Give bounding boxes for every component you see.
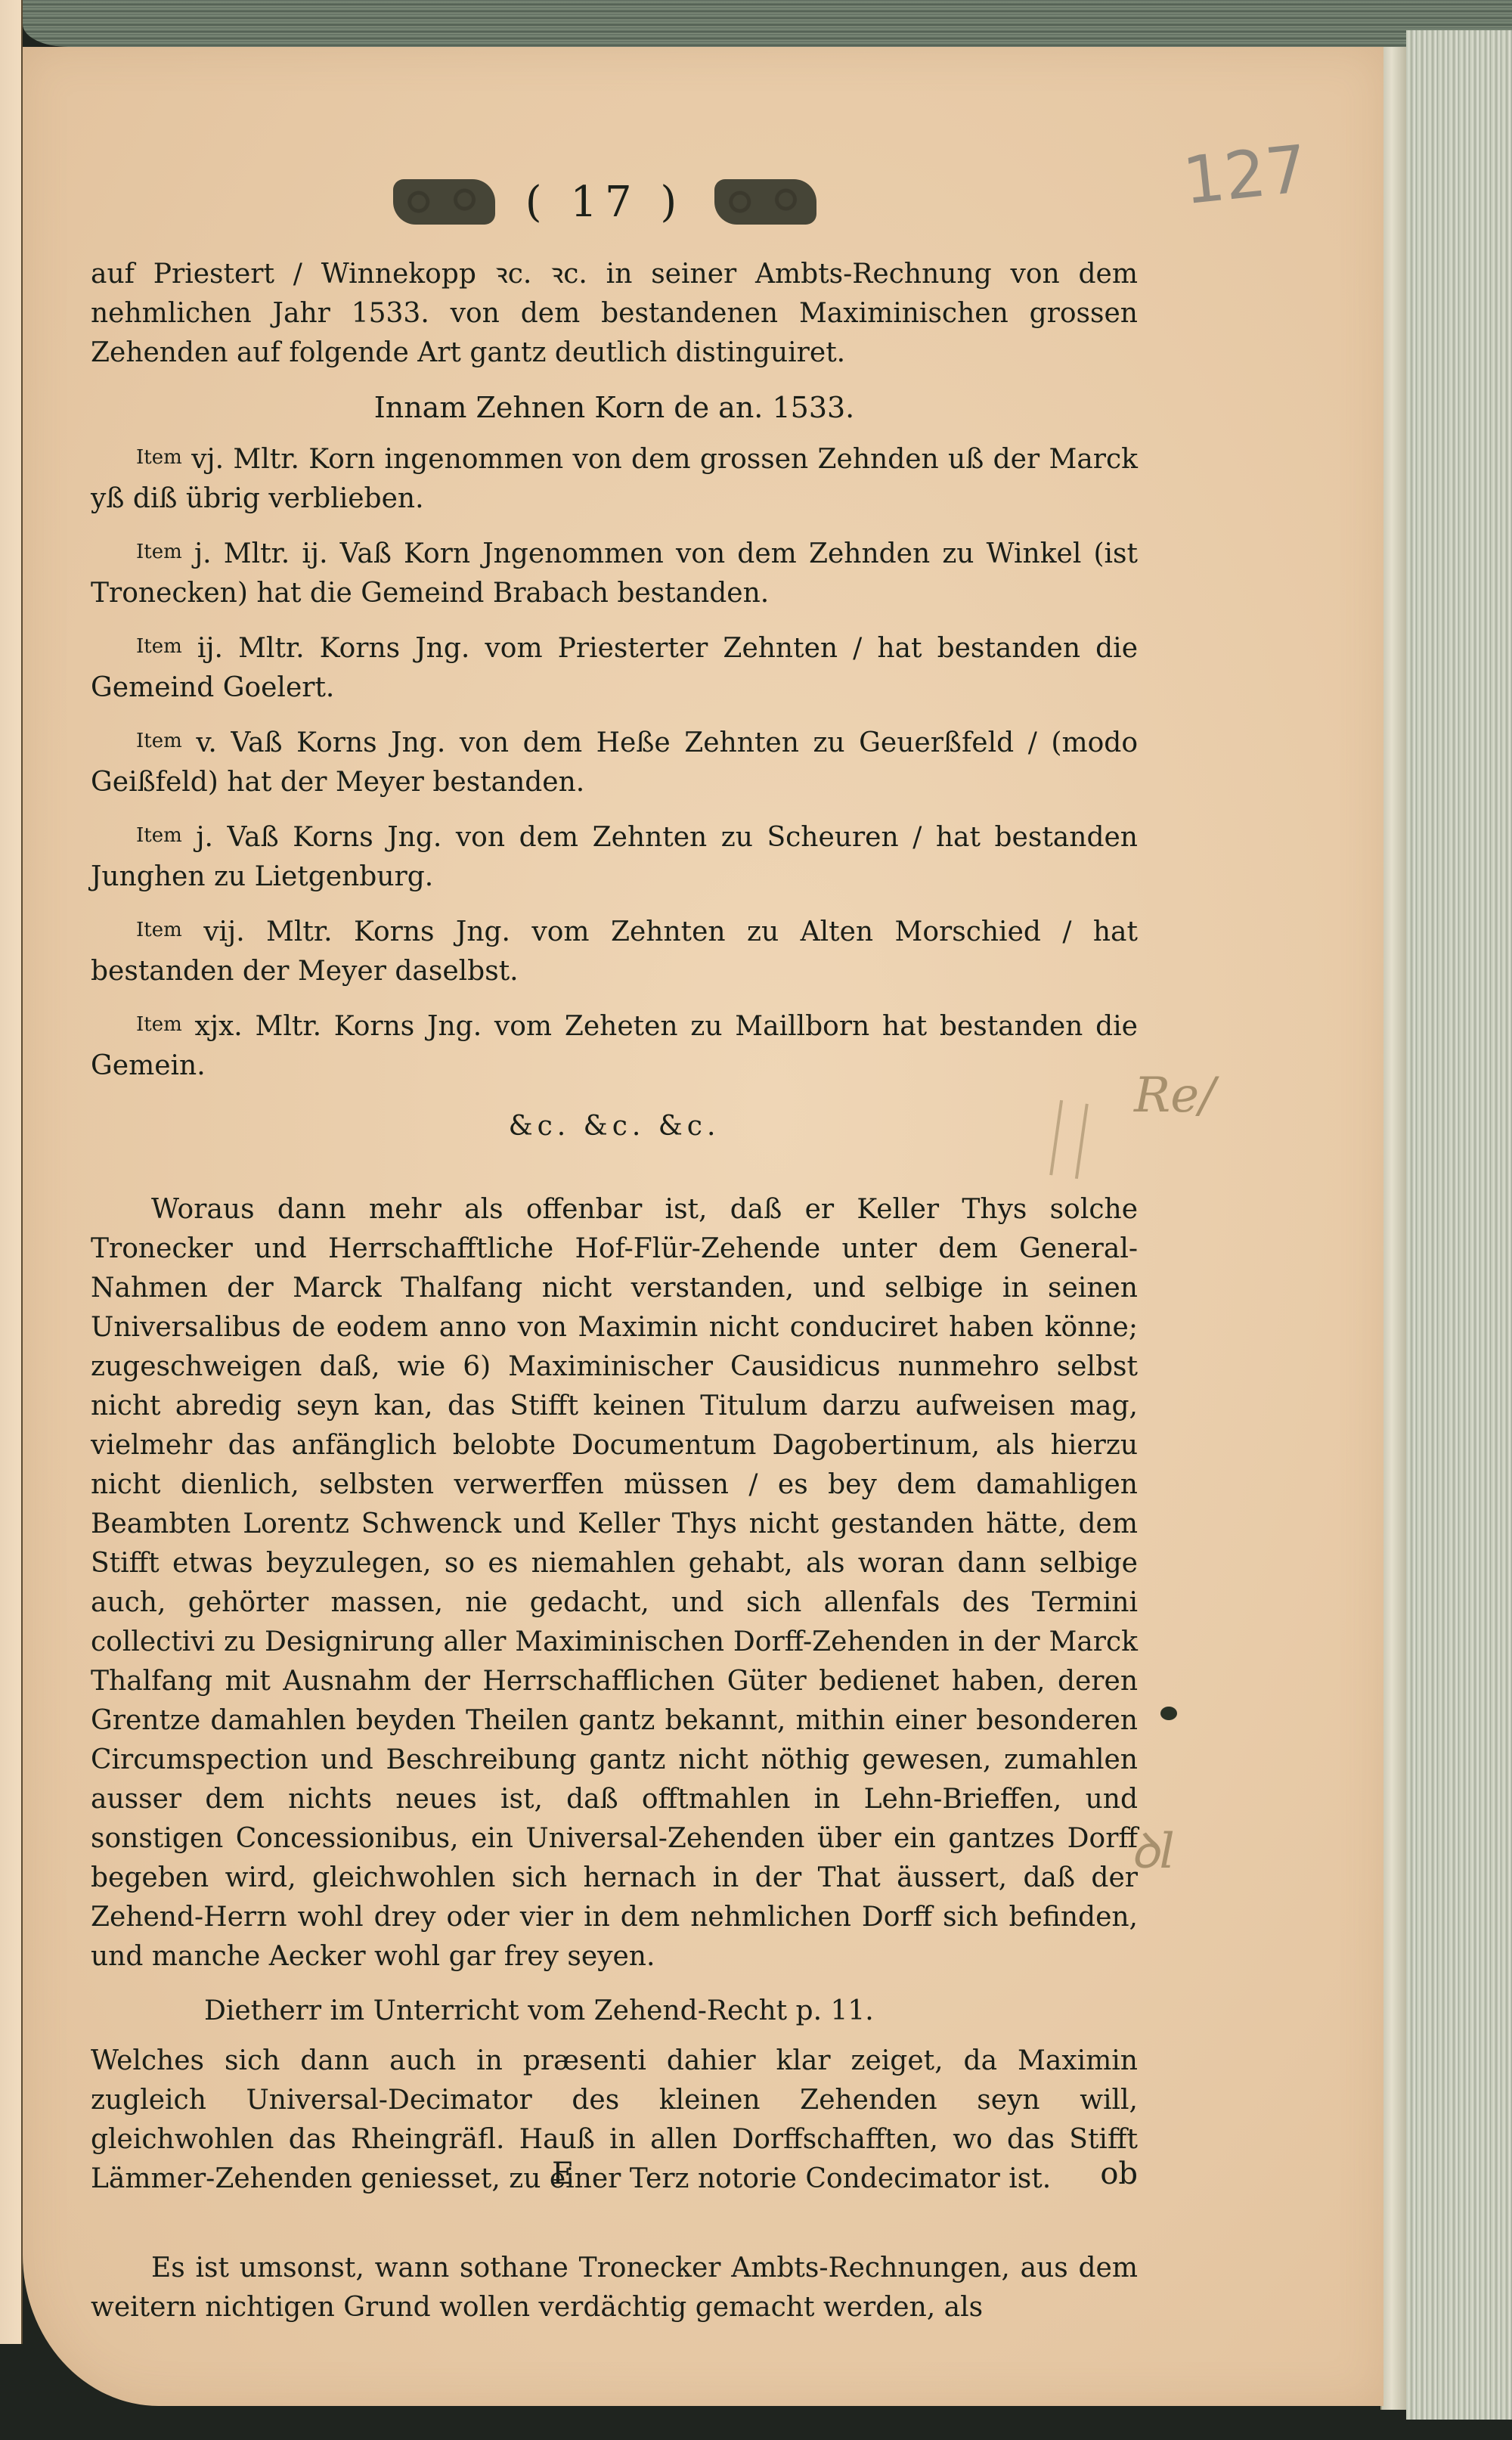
facing-page-edge xyxy=(0,0,23,2344)
body-paragraph-1: Woraus dann mehr als offenbar ist, daß e… xyxy=(91,1190,1138,1976)
book-top-edge xyxy=(23,0,1512,47)
item-text: ij. Mltr. Korns Jng. vom Priesterter Zeh… xyxy=(91,633,1138,703)
page-fore-edge xyxy=(1380,47,1406,2410)
etcetera-line: &c. &c. &c. xyxy=(91,1107,1138,1146)
ink-blot xyxy=(1160,1707,1177,1720)
item-label: Item xyxy=(136,1013,182,1036)
list-item: Item j. Mltr. ij. Vaß Korn Jngenommen vo… xyxy=(91,532,1138,613)
item-label: Item xyxy=(136,730,182,752)
item-text: vij. Mltr. Korns Jng. vom Zehnten zu Alt… xyxy=(91,916,1138,987)
item-label: Item xyxy=(136,446,182,469)
intro-paragraph: auf Priestert / Winnekopp ꝛc. ꝛc. in sei… xyxy=(91,255,1138,373)
page-header: ( 17 ) xyxy=(393,160,816,243)
section-heading: Innam Zehnen Korn de an. 1533. xyxy=(91,388,1138,427)
book-fore-edge xyxy=(1406,30,1512,2420)
ink-margin-note-lower: ꝺl xyxy=(1130,1816,1175,1882)
book-page: ( 17 ) 127 auf Priestert / Winnekopp ꝛc.… xyxy=(23,47,1383,2406)
list-item: Item v. Vaß Korns Jng. von dem Heße Zehn… xyxy=(91,721,1138,802)
item-label: Item xyxy=(136,541,182,563)
list-item: Item j. Vaß Korns Jng. von dem Zehnten z… xyxy=(91,816,1138,897)
catchword: ob xyxy=(1100,2156,1138,2191)
item-label: Item xyxy=(136,635,182,658)
item-label: Item xyxy=(136,824,182,847)
right-ornament-icon xyxy=(714,179,816,225)
item-text: xjx. Mltr. Korns Jng. vom Zeheten zu Mai… xyxy=(91,1011,1138,1081)
left-ornament-icon xyxy=(393,179,495,225)
page-number: ( 17 ) xyxy=(525,178,685,227)
page-footer: E ob xyxy=(91,2156,1138,2202)
paragraph-gap xyxy=(91,2214,1138,2249)
item-text: j. Mltr. ij. Vaß Korn Jngenommen von dem… xyxy=(91,538,1138,609)
item-text: j. Vaß Korns Jng. von dem Zehnten zu Sch… xyxy=(91,822,1138,892)
signature-mark: E xyxy=(552,2156,574,2191)
text-block: auf Priestert / Winnekopp ꝛc. ꝛc. in sei… xyxy=(91,255,1138,2342)
item-label: Item xyxy=(136,919,182,941)
item-text: vj. Mltr. Korn ingenommen von dem grosse… xyxy=(91,444,1138,514)
list-item: Item ij. Mltr. Korns Jng. vom Priesterte… xyxy=(91,627,1138,708)
list-item: Item vj. Mltr. Korn ingenommen von dem g… xyxy=(91,438,1138,519)
pencil-folio-number: 127 xyxy=(1179,132,1311,220)
item-text: v. Vaß Korns Jng. von dem Heße Zehnten z… xyxy=(91,727,1138,798)
list-item: Item vij. Mltr. Korns Jng. vom Zehnten z… xyxy=(91,910,1138,991)
list-item: Item xjx. Mltr. Korns Jng. vom Zeheten z… xyxy=(91,1005,1138,1086)
ink-margin-note-upper: Re/ xyxy=(1134,1068,1216,1124)
citation-line: Dietherr im Unterricht vom Zehend-Recht … xyxy=(91,1992,1138,2031)
body-paragraph-3: Es ist umsonst, wann sothane Tronecker A… xyxy=(91,2249,1138,2327)
